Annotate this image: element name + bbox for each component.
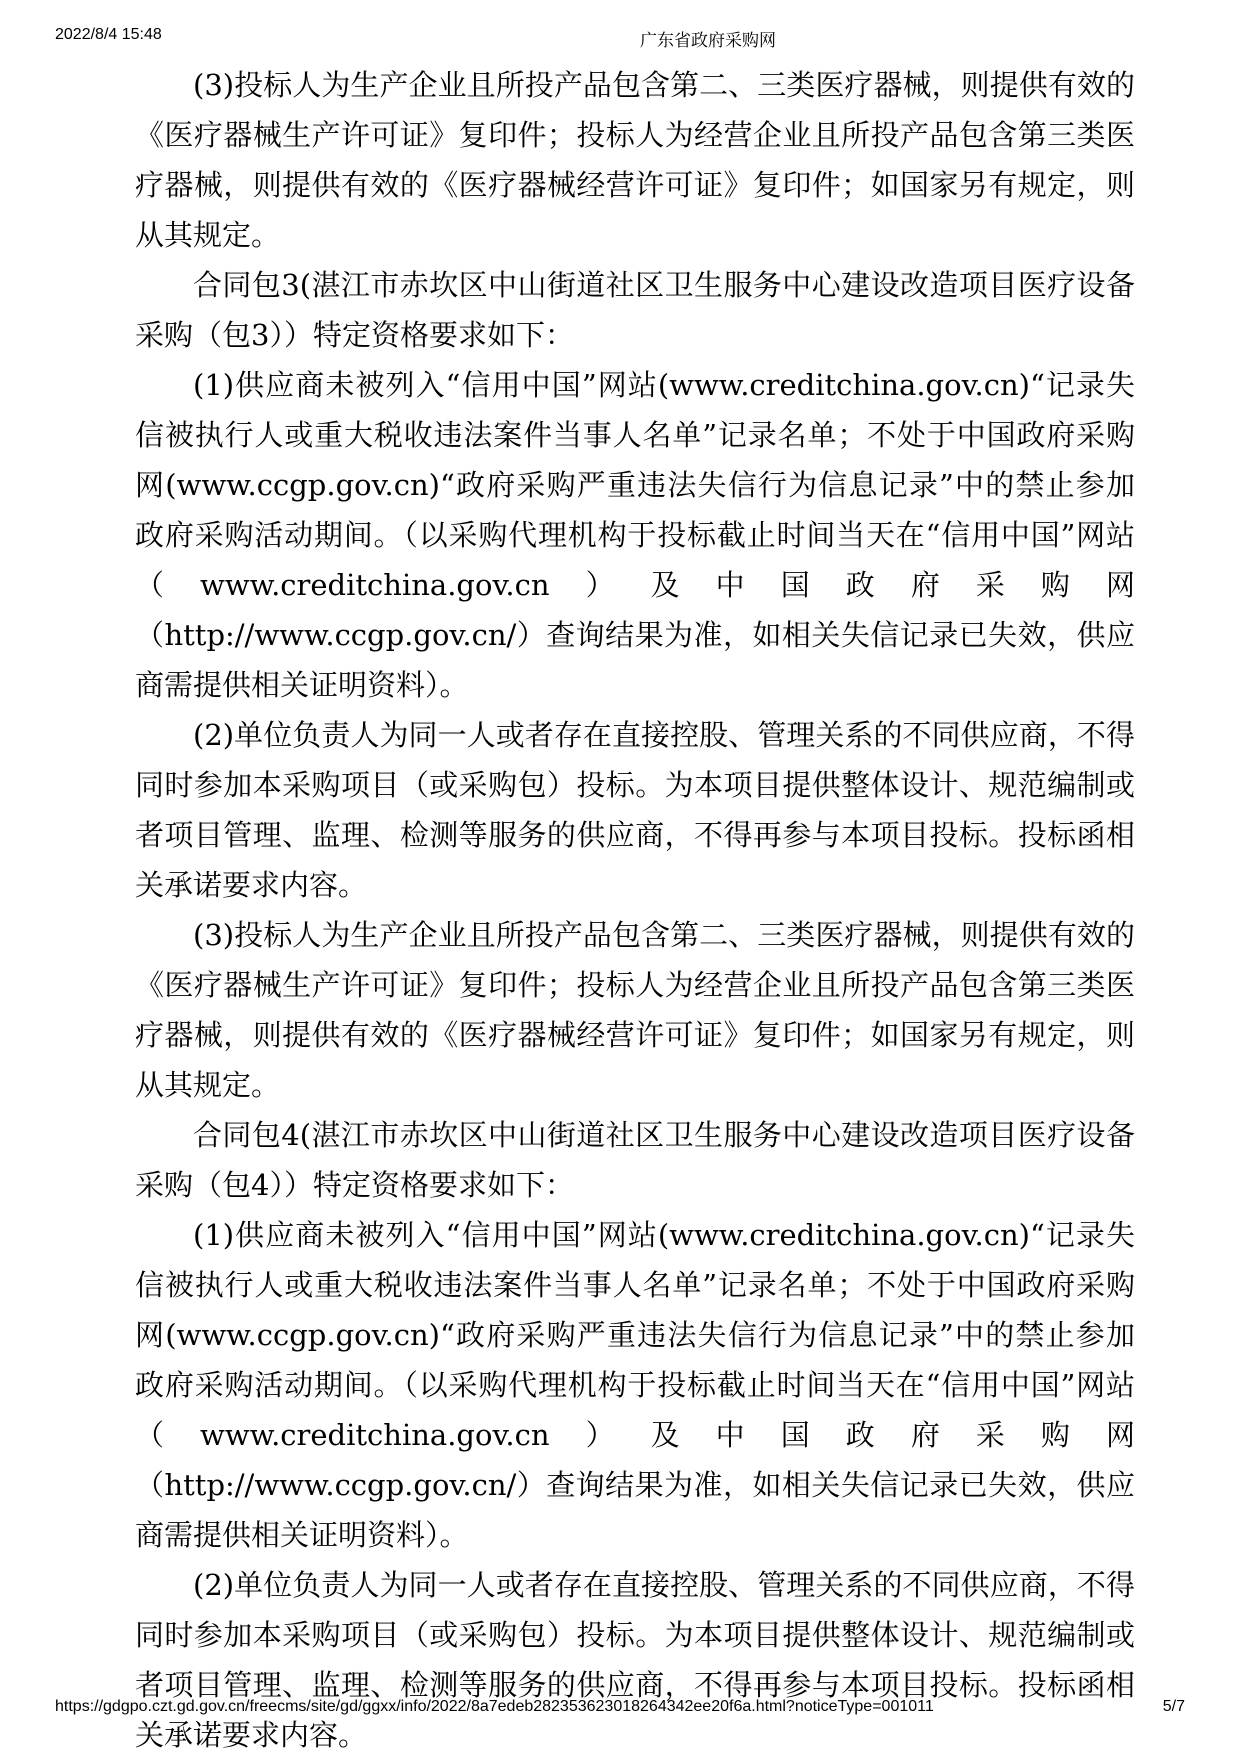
- print-header: 2022/8/4 15:48 广东省政府采购网: [0, 22, 1240, 48]
- print-datetime: 2022/8/4 15:48: [55, 26, 162, 44]
- paragraph-license-requirement-pkg3: (3)投标人为生产企业且所投产品包含第二、三类医疗器械，则提供有效的《医疗器械生…: [135, 910, 1135, 1110]
- document-body: (3)投标人为生产企业且所投产品包含第二、三类医疗器械，则提供有效的《医疗器械生…: [135, 60, 1135, 1754]
- page-number: 5/7: [1163, 1698, 1185, 1716]
- printed-page: 2022/8/4 15:48 广东省政府采购网 (3)投标人为生产企业且所投产品…: [0, 0, 1240, 1754]
- paragraph-contract-package-3-heading: 合同包3(湛江市赤坎区中山街道社区卫生服务中心建设改造项目医疗设备采购（包3））…: [135, 260, 1135, 360]
- paragraph-contract-package-4-heading: 合同包4(湛江市赤坎区中山街道社区卫生服务中心建设改造项目医疗设备采购（包4））…: [135, 1110, 1135, 1210]
- paragraph-same-person-rule-pkg4: (2)单位负责人为同一人或者存在直接控股、管理关系的不同供应商，不得同时参加本采…: [135, 1560, 1135, 1754]
- paragraph-credit-requirement-pkg4: (1)供应商未被列入“信用中国”网站(www.creditchina.gov.c…: [135, 1210, 1135, 1560]
- print-footer: https://gdgpo.czt.gd.gov.cn/freecms/site…: [0, 1698, 1240, 1722]
- paragraph-license-requirement-pkg2: (3)投标人为生产企业且所投产品包含第二、三类医疗器械，则提供有效的《医疗器械生…: [135, 60, 1135, 260]
- paragraph-credit-requirement-pkg3: (1)供应商未被列入“信用中国”网站(www.creditchina.gov.c…: [135, 360, 1135, 710]
- source-url: https://gdgpo.czt.gd.gov.cn/freecms/site…: [55, 1698, 934, 1716]
- page-title: 广东省政府采购网: [640, 26, 776, 51]
- paragraph-same-person-rule-pkg3: (2)单位负责人为同一人或者存在直接控股、管理关系的不同供应商，不得同时参加本采…: [135, 710, 1135, 910]
